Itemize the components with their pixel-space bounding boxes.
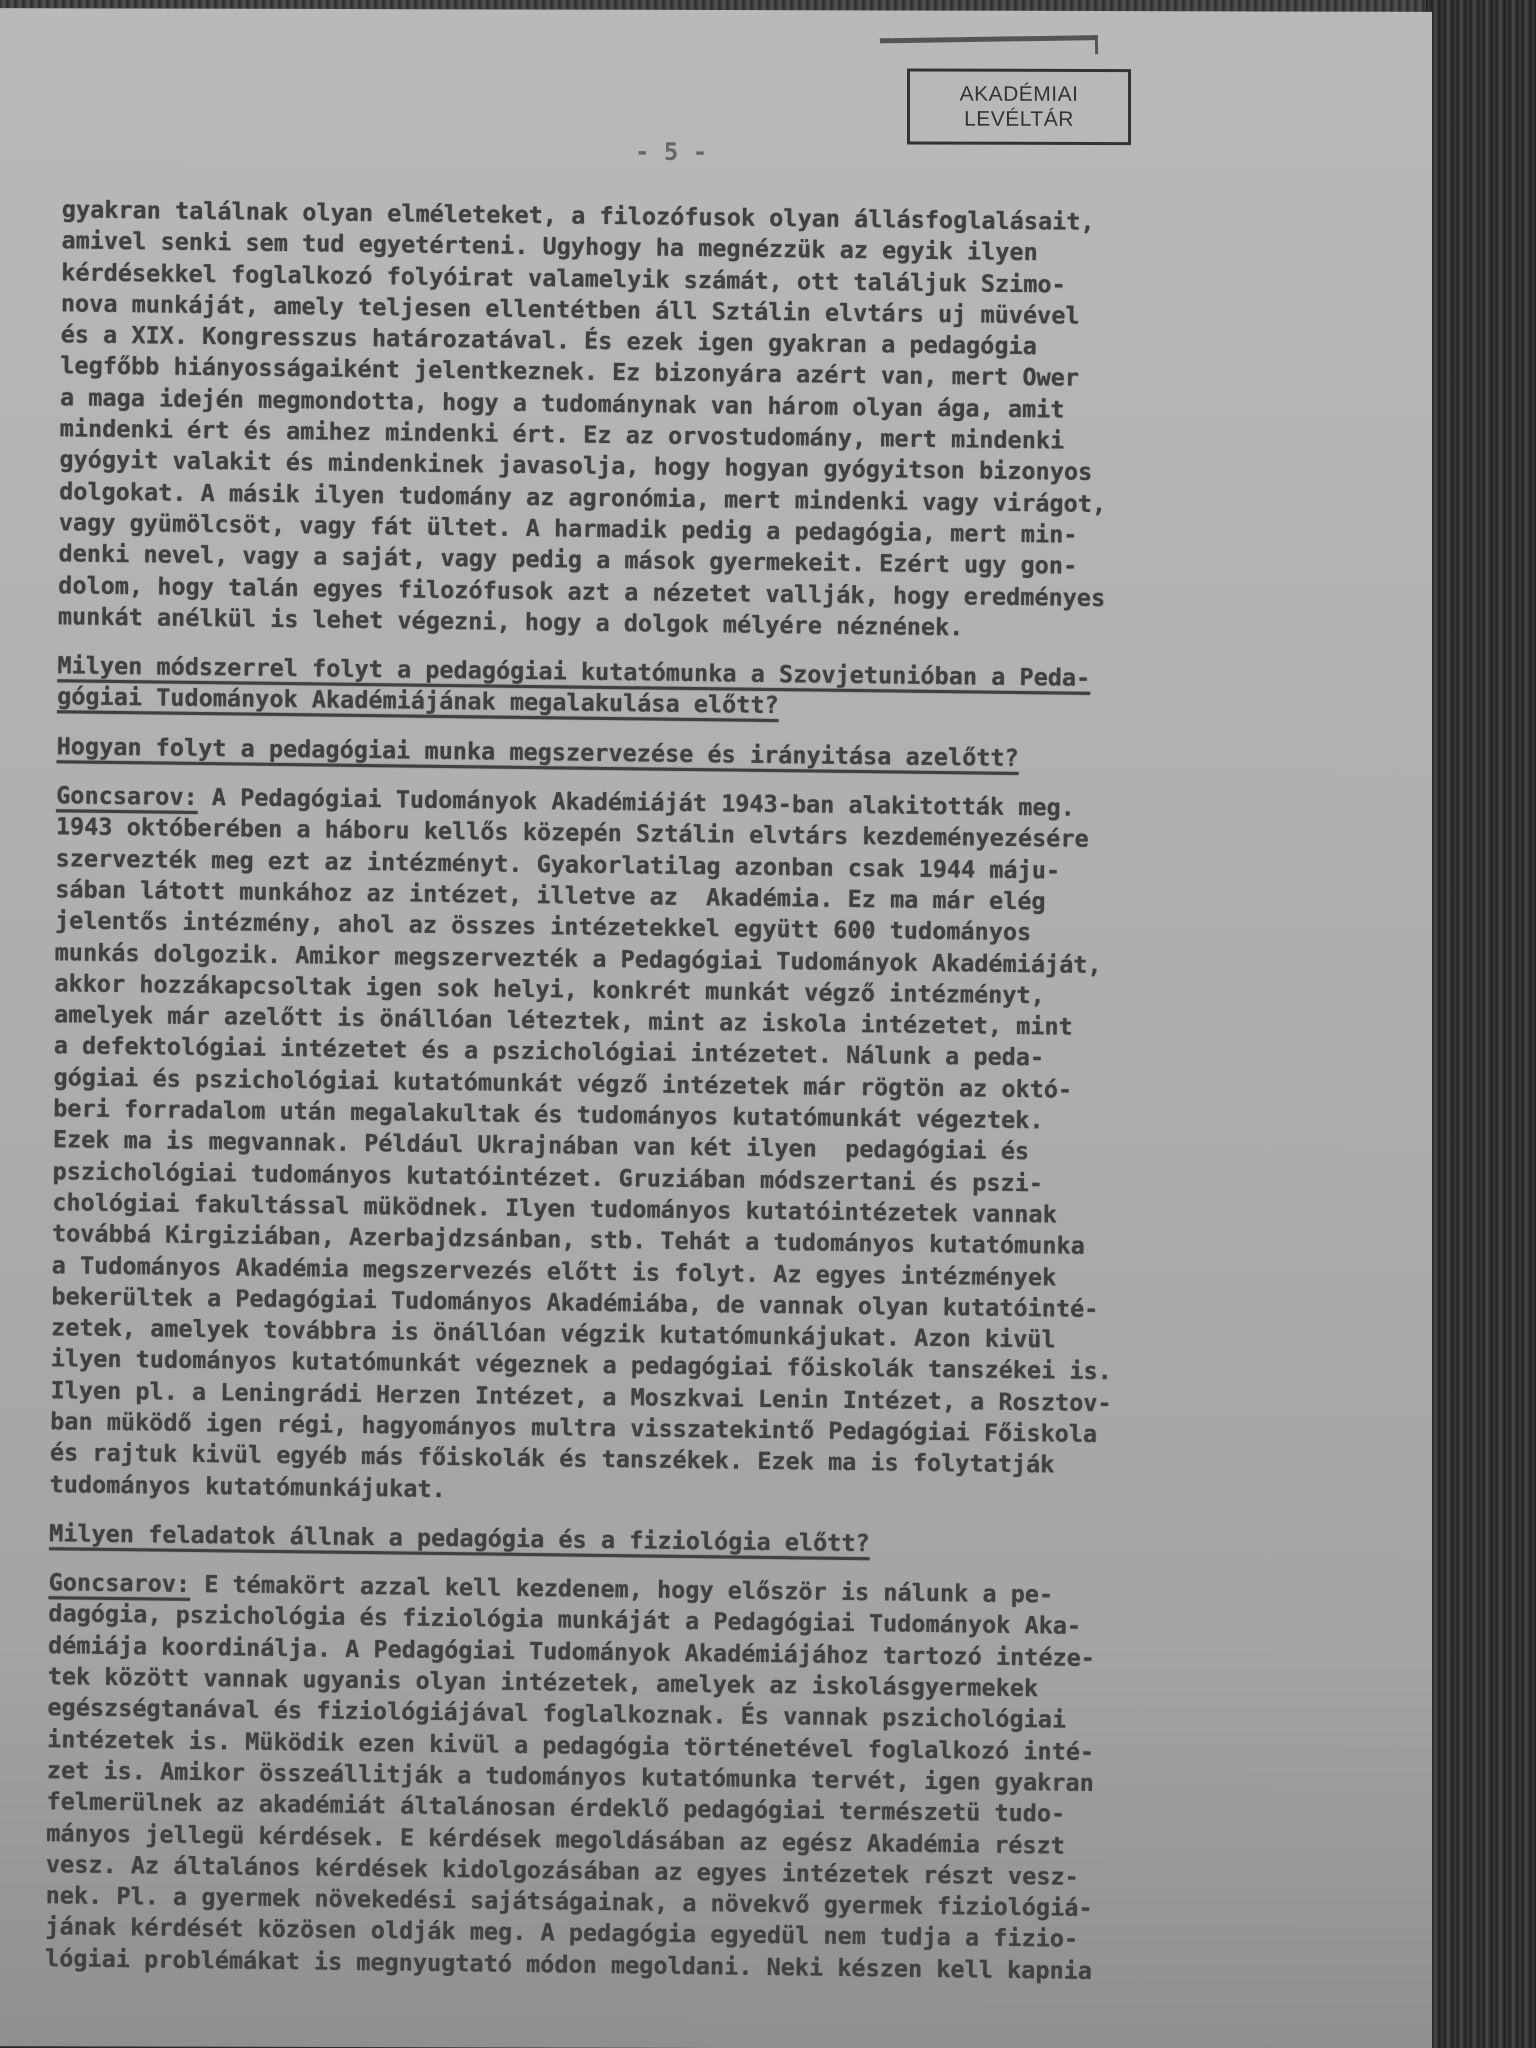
archive-stamp: AKADÉMIAI LEVÉLTÁR	[907, 69, 1131, 146]
background-wood-surface	[1426, 0, 1536, 2048]
handwritten-mark	[880, 35, 1098, 57]
speaker-label: Goncsarov:	[49, 1568, 191, 1598]
speaker-label: Goncsarov:	[56, 781, 198, 811]
answer-2: Goncsarov: E témakört azzal kell kezdene…	[45, 1567, 1419, 1991]
typewritten-page: AKADÉMIAI LEVÉLTÁR - 5 - gyakran találna…	[0, 8, 1432, 2048]
page-number: - 5 -	[635, 138, 707, 166]
document-body: gyakran találnak olyan elméleteket, a fi…	[45, 194, 1432, 1991]
paragraph-1: gyakran találnak olyan elméleteket, a fi…	[58, 194, 1432, 649]
stamp-line-1: AKADÉMIAI	[960, 82, 1079, 107]
question-heading-1: Milyen módszerrel folyt a pedagógiai kut…	[57, 650, 1428, 729]
answer-1: Goncsarov: A Pedagógiai Tudományok Akadé…	[49, 780, 1426, 1517]
stamp-line-2: LEVÉLTÁR	[964, 107, 1074, 132]
